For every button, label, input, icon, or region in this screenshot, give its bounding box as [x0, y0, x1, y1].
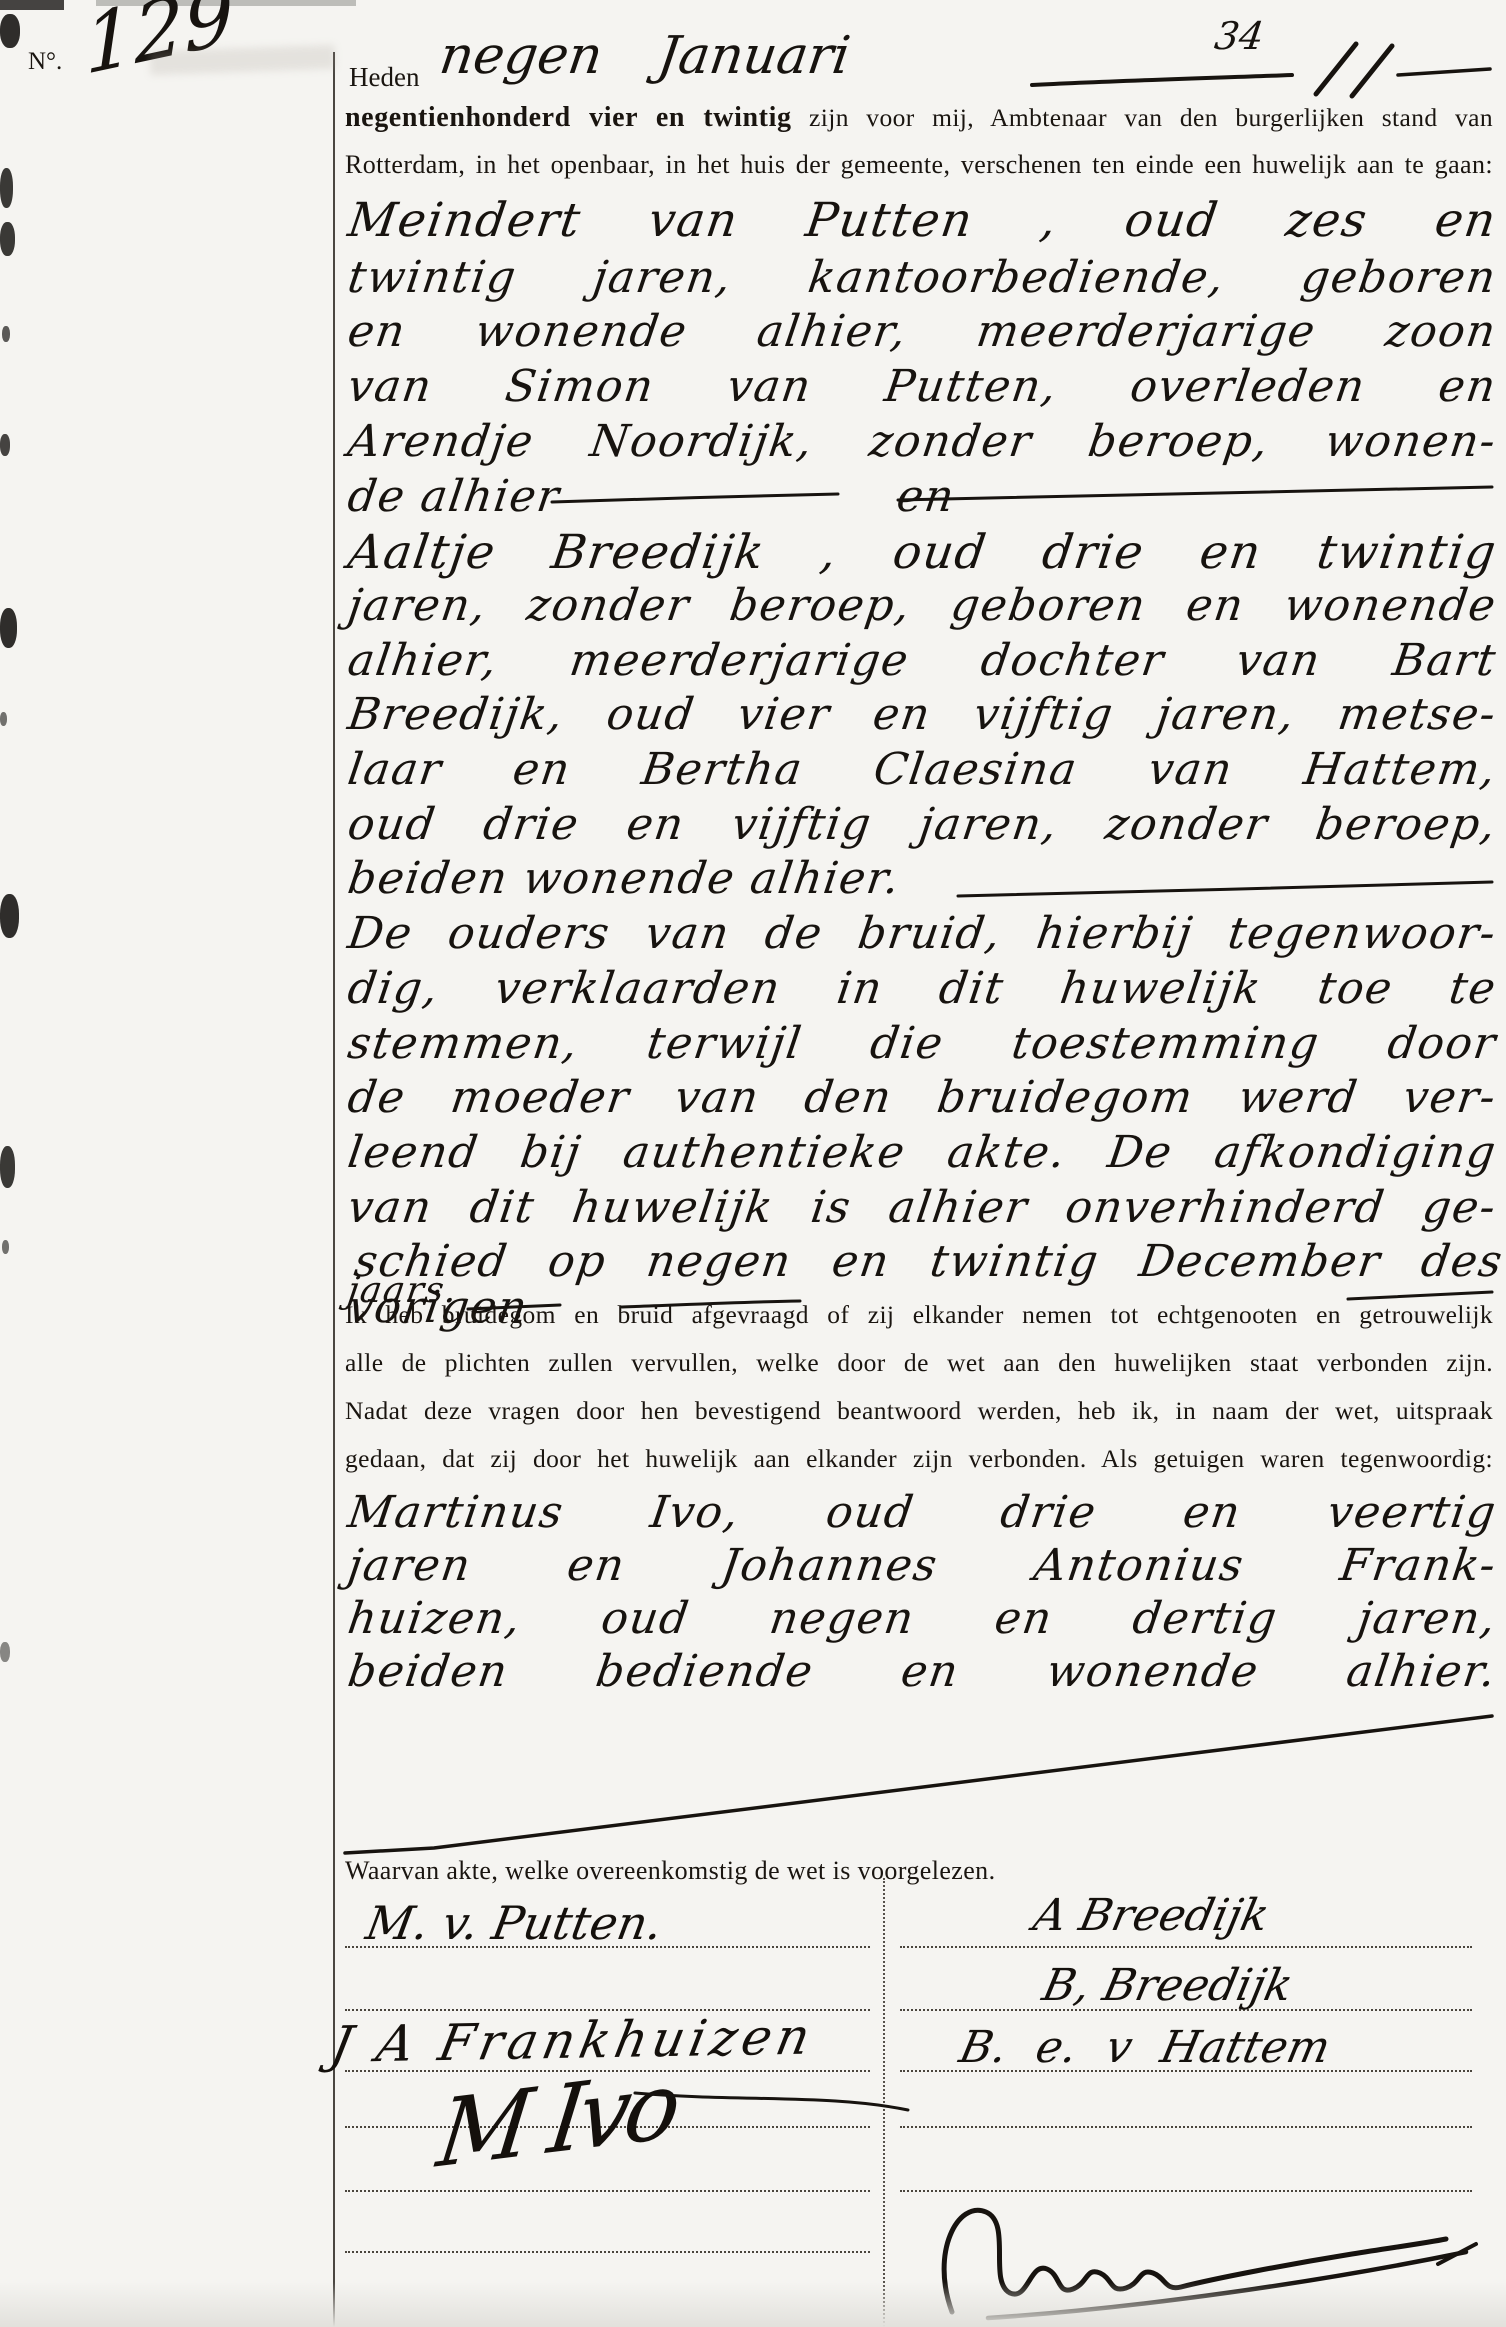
- month-script: Januari: [654, 26, 854, 86]
- signature-tail-stroke: [635, 2093, 908, 2110]
- script-line: beiden wonende alhier.: [345, 856, 1499, 902]
- script-line: De ouders van de bruid, hierbij tegenwoo…: [345, 911, 1499, 957]
- script-line: Breedijk, oud vier en vijftig jaren, met…: [345, 692, 1499, 738]
- act-number-handwritten: 129: [83, 0, 236, 93]
- vows-line: alle de plichten zullen vervullen, welke…: [345, 1348, 1493, 1378]
- year-bold-text: negentienhonderd vier en twintig: [345, 102, 792, 133]
- scan-artifact: [0, 434, 10, 456]
- scan-edge-shadow: [0, 2282, 1506, 2327]
- signature-mother-bride: B. e. v Hattem: [955, 2022, 1335, 2073]
- scan-artifact: [0, 168, 13, 208]
- vows-line: Nadat deze vragen door hen bevestigend b…: [345, 1396, 1493, 1426]
- pen-slash-mark: [1352, 46, 1392, 96]
- script-line: jaren, zonder beroep, geboren en wonende: [345, 583, 1499, 629]
- scan-artifact: [96, 0, 356, 6]
- pen-slash-mark: [1316, 44, 1356, 94]
- scan-artifact: [0, 14, 20, 48]
- script-line-groom-name: Meindert van Putten , oud zes en: [345, 196, 1500, 245]
- script-line: laar en Bertha Claesina van Hattem,: [345, 747, 1499, 793]
- signature-groom: M. v. Putten.: [362, 1896, 667, 1950]
- script-line-de-alhier: de alhier en: [345, 474, 1499, 520]
- signature-line: [345, 2251, 870, 2253]
- script-line: van Simon van Putten, overleden en: [345, 364, 1499, 410]
- closing-line: Waarvan akte, welke overeenkomstig de we…: [345, 1856, 995, 1886]
- day-script: negen: [436, 26, 606, 86]
- scan-artifact: [0, 608, 17, 648]
- marriage-certificate-scan: { "document": { "margin": { "no_label": …: [0, 0, 1506, 2327]
- scan-artifact: [2, 1240, 9, 1254]
- script-line: de moeder van den bruidegom werd ver-: [345, 1075, 1499, 1121]
- script-line: van dit huwelijk is alhier onverhinderd …: [345, 1185, 1499, 1231]
- vows-line: gedaan, dat zij door het huwelijk aan el…: [345, 1444, 1493, 1474]
- script-line: stemmen, terwijl die toestemming door: [345, 1021, 1499, 1067]
- signature-line: [900, 1946, 1472, 1948]
- witness-line: jaren en Johannes Antonius Frank-: [345, 1543, 1499, 1589]
- script-line: Arendje Noordijk, zonder beroep, wonen-: [345, 419, 1499, 465]
- year-line: negentienhonderd vier en twintig zijn vo…: [345, 102, 1493, 134]
- script-line: twintig jaren, kantoorbediende, geboren: [345, 255, 1499, 301]
- script-line-bride-name: Aaltje Breedijk , oud drie en twintig: [345, 528, 1500, 577]
- handwritten-date: negen Januari: [436, 26, 845, 86]
- vows-line: Ik heb bruidegom en bruid afgevraagd of …: [345, 1300, 1493, 1330]
- signature-bride: A Breedijk: [1029, 1890, 1274, 1941]
- script-line: en wonende alhier, meerderjarige zoon: [345, 309, 1499, 355]
- signature-line: [900, 2126, 1472, 2128]
- script-line: oud drie en vijftig jaren, zonder beroep…: [345, 802, 1499, 848]
- year-rest-text: zijn voor mij, Ambtenaar van den burgerl…: [809, 103, 1493, 132]
- scan-artifact: [0, 712, 7, 726]
- scan-artifact: [0, 1642, 10, 1662]
- bleed-through-smudge: [150, 45, 336, 75]
- header-fill-line: [1032, 75, 1292, 85]
- de-alhier-text: de alhier: [345, 471, 564, 522]
- signature-line: [345, 2190, 870, 2192]
- witness-line: Martinus Ivo, oud drie en veertig: [345, 1490, 1499, 1536]
- scan-artifact: [0, 1146, 15, 1188]
- witness-line: beiden bediende en wonende alhier.: [345, 1649, 1499, 1695]
- number-label: N°.: [28, 48, 62, 76]
- scan-artifact: [2, 326, 10, 342]
- witness-line: huizen, oud negen en dertig jaren,: [345, 1596, 1499, 1642]
- diagonal-strike-line: [345, 1716, 1492, 1853]
- signature-father-bride: B, Breedijk: [1038, 1960, 1297, 2011]
- signature-column-divider: [883, 1878, 885, 2327]
- scan-artifact: [0, 894, 19, 938]
- scan-artifact: [0, 222, 15, 256]
- registrar-signature-tick: [1438, 2244, 1476, 2264]
- script-line: leend bij authentieke akte. De afkondigi…: [345, 1130, 1499, 1176]
- page-number-handwritten: 34: [1212, 14, 1267, 58]
- heden-label: Heden: [349, 62, 419, 93]
- header-fill-line-tail: [1398, 69, 1490, 75]
- conjunction-en: en: [894, 471, 959, 522]
- script-line: dig, verklaarden in dit huwelijk toe te: [345, 966, 1499, 1012]
- signature-line: [900, 2190, 1472, 2192]
- margin-divider-rule: [333, 52, 335, 2327]
- scan-artifact: [0, 0, 64, 10]
- place-line: Rotterdam, in het openbaar, in het huis …: [345, 150, 1493, 180]
- script-line: alhier, meerderjarige dochter van Bart: [345, 638, 1499, 684]
